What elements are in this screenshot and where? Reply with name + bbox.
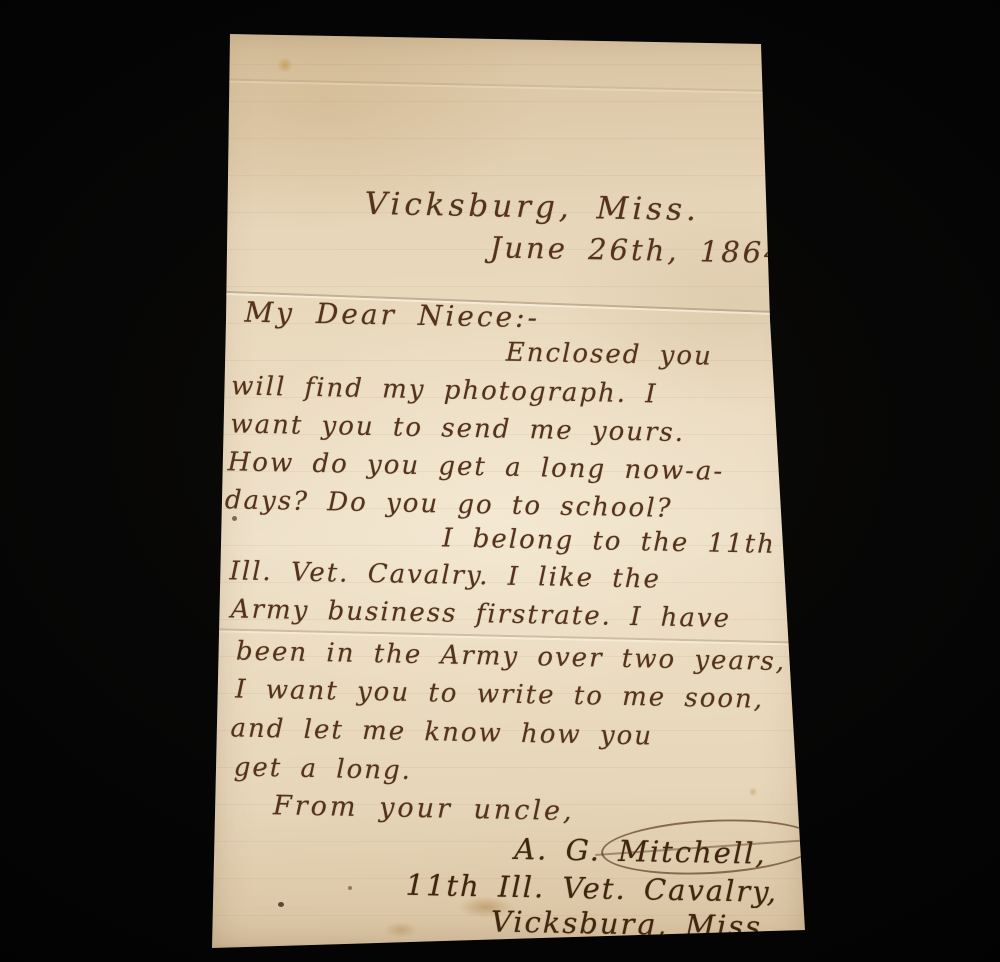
closing-line: From your uncle, (273, 790, 575, 827)
handwritten-text: Vicksburg, Miss. June 26th, 1864. My Dea… (190, 27, 808, 960)
salutation: My Dear Niece:- (244, 296, 540, 335)
letter-paper: Vicksburg, Miss. June 26th, 1864. My Dea… (208, 28, 808, 950)
body-line: will find my photograph. I (231, 371, 658, 409)
body-line: and let me know how you (230, 713, 653, 751)
body-line: Ill. Vet. Cavalry. I like the (229, 556, 661, 594)
signature-name: A. G. Mitchell, (514, 832, 767, 871)
body-line: How do you get a long now-a- (227, 447, 724, 487)
body-line: I belong to the 11th (442, 523, 776, 559)
body-line: I want you to write to me soon, (235, 674, 764, 714)
body-line: get a long. (234, 752, 413, 785)
body-line: Enclosed you (506, 338, 714, 372)
heading-place: Vicksburg, Miss. (364, 186, 700, 228)
body-line: days? Do you go to school? (225, 485, 673, 524)
body-line: want you to send me yours. (230, 409, 685, 448)
signature-unit: 11th Ill. Vet. Cavalry, (405, 868, 778, 909)
body-line: Army business firstrate. I have (231, 594, 732, 634)
heading-date: June 26th, 1864. (490, 230, 799, 270)
body-line: been in the Army over two years, (236, 637, 787, 678)
